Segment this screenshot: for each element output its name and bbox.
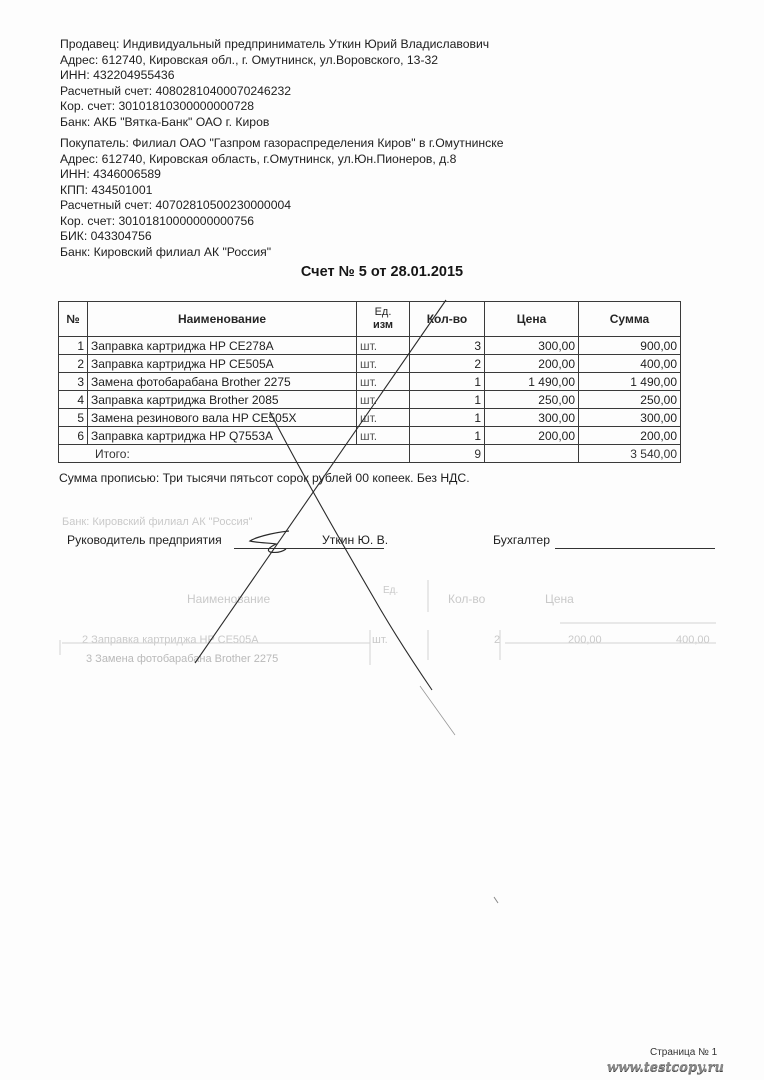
row-number: 3: [59, 373, 88, 391]
row-number: 5: [59, 409, 88, 427]
accountant-label: Бухгалтер: [493, 533, 550, 547]
row-qty: 1: [410, 409, 485, 427]
row-qty: 2: [410, 355, 485, 373]
buyer-line: ИНН: 4346006589: [60, 167, 503, 183]
ghost-qty-header: Кол-во: [448, 592, 485, 606]
ghost-price-header: Цена: [545, 592, 574, 606]
total-qty: 9: [410, 445, 485, 463]
page-number: Страница № 1: [650, 1047, 717, 1058]
buyer-line: Покупатель: Филиал ОАО "Газпром газорасп…: [60, 136, 503, 152]
row-price: 200,00: [485, 355, 579, 373]
row-qty: 1: [410, 427, 485, 445]
row-number: 2: [59, 355, 88, 373]
seller-line: Банк: АКБ "Вятка-Банк" ОАО г. Киров: [60, 115, 489, 131]
row-unit: шт.: [357, 409, 410, 427]
row-unit: шт.: [357, 427, 410, 445]
invoice-title: Счет № 5 от 28.01.2015: [0, 264, 764, 280]
ghost-name-header: Наименование: [187, 592, 270, 606]
row-unit: шт.: [357, 337, 410, 355]
accountant-signature-line: [555, 548, 715, 549]
total-sum: 3 540,00: [579, 445, 681, 463]
total-label: Итого:: [59, 445, 410, 463]
row-price: 300,00: [485, 337, 579, 355]
row-name: Заправка картриджа HP Q7553A: [88, 427, 357, 445]
table-total-row: Итого: 9 3 540,00: [59, 445, 681, 463]
table-row: 2Заправка картриджа HP CE505Aшт.2200,004…: [59, 355, 681, 373]
seller-line: Расчетный счет: 40802810400070246232: [60, 84, 489, 100]
ghost-row-2: 2 Заправка картриджа HP CE505A: [82, 634, 259, 646]
faint-stroke-tail: [420, 686, 455, 735]
column-header-no: №: [59, 302, 88, 337]
speck-mark: [494, 897, 498, 903]
signature-scribble: [250, 531, 289, 552]
ghost-row-3: 3 Замена фотобарабана Brother 2275: [86, 653, 278, 665]
row-qty: 1: [410, 373, 485, 391]
row-sum: 1 490,00: [579, 373, 681, 391]
ghost-qty: 2: [494, 634, 500, 646]
column-header-price: Цена: [485, 302, 579, 337]
row-number: 1: [59, 337, 88, 355]
amount-in-words: Сумма прописью: Три тысячи пятьсот сорок…: [59, 471, 470, 485]
row-number: 6: [59, 427, 88, 445]
ghost-price: 200,00: [568, 634, 602, 646]
seller-line: Кор. счет: 30101810300000000728: [60, 99, 489, 115]
buyer-line: Расчетный счет: 40702810500230000004: [60, 198, 503, 214]
ghost-bank-line: Банк: Кировский филиал АК "Россия": [62, 516, 253, 528]
table-row: 3Замена фотобарабана Brother 2275шт.11 4…: [59, 373, 681, 391]
column-header-qty: Кол-во: [410, 302, 485, 337]
table-row: 4Заправка картриджа Brother 2085шт.1250,…: [59, 391, 681, 409]
buyer-line: БИК: 043304756: [60, 229, 503, 245]
director-signature-line: [234, 548, 384, 549]
unit-header-line2: изм: [373, 319, 393, 331]
row-name: Замена фотобарабана Brother 2275: [88, 373, 357, 391]
row-price: 1 490,00: [485, 373, 579, 391]
director-label: Руководитель предприятия: [67, 533, 222, 547]
buyer-line: Адрес: 612740, Кировская область, г.Омут…: [60, 152, 503, 168]
seller-line: Продавец: Индивидуальный предприниматель…: [60, 37, 489, 53]
buyer-line: Банк: Кировский филиал АК "Россия": [60, 245, 503, 261]
row-unit: шт.: [357, 391, 410, 409]
table-row: 1Заправка картриджа HP CE278Aшт.3300,009…: [59, 337, 681, 355]
watermark: www.testcopy.ru: [607, 1060, 724, 1075]
row-unit: шт.: [357, 355, 410, 373]
seller-line: Адрес: 612740, Кировская обл., г. Омутни…: [60, 53, 489, 69]
buyer-line: КПП: 434501001: [60, 183, 503, 199]
total-price-empty: [485, 445, 579, 463]
row-sum: 250,00: [579, 391, 681, 409]
column-header-unit: Ед. изм: [357, 302, 410, 337]
seller-line: ИНН: 432204955436: [60, 68, 489, 84]
row-qty: 3: [410, 337, 485, 355]
row-price: 250,00: [485, 391, 579, 409]
ghost-sum: 400,00: [676, 634, 710, 646]
buyer-line: Кор. счет: 30101810000000000756: [60, 214, 503, 230]
row-price: 200,00: [485, 427, 579, 445]
row-sum: 400,00: [579, 355, 681, 373]
row-sum: 200,00: [579, 427, 681, 445]
row-name: Заправка картриджа Brother 2085: [88, 391, 357, 409]
row-number: 4: [59, 391, 88, 409]
invoice-page: Продавец: Индивидуальный предприниматель…: [0, 0, 764, 1080]
ghost-unit: шт.: [372, 634, 388, 646]
row-name: Заправка картриджа HP CE278A: [88, 337, 357, 355]
column-header-sum: Сумма: [579, 302, 681, 337]
ghost-unit-header: Ед.: [383, 585, 398, 596]
table-header-row: № Наименование Ед. изм Кол-во Цена Сумма: [59, 302, 681, 337]
director-name: Уткин Ю. В.: [322, 533, 388, 547]
row-sum: 300,00: [579, 409, 681, 427]
seller-details: Продавец: Индивидуальный предприниматель…: [60, 37, 489, 130]
row-name: Заправка картриджа HP CE505A: [88, 355, 357, 373]
row-sum: 900,00: [579, 337, 681, 355]
row-name: Замена резинового вала HP CE505X: [88, 409, 357, 427]
row-qty: 1: [410, 391, 485, 409]
row-price: 300,00: [485, 409, 579, 427]
table-row: 5Замена резинового вала HP CE505Xшт.1300…: [59, 409, 681, 427]
table-row: 6Заправка картриджа HP Q7553Aшт.1200,002…: [59, 427, 681, 445]
column-header-name: Наименование: [88, 302, 357, 337]
row-unit: шт.: [357, 373, 410, 391]
buyer-details: Покупатель: Филиал ОАО "Газпром газорасп…: [60, 136, 503, 260]
unit-header-line1: Ед.: [360, 306, 406, 319]
invoice-items-table: № Наименование Ед. изм Кол-во Цена Сумма…: [58, 301, 681, 463]
